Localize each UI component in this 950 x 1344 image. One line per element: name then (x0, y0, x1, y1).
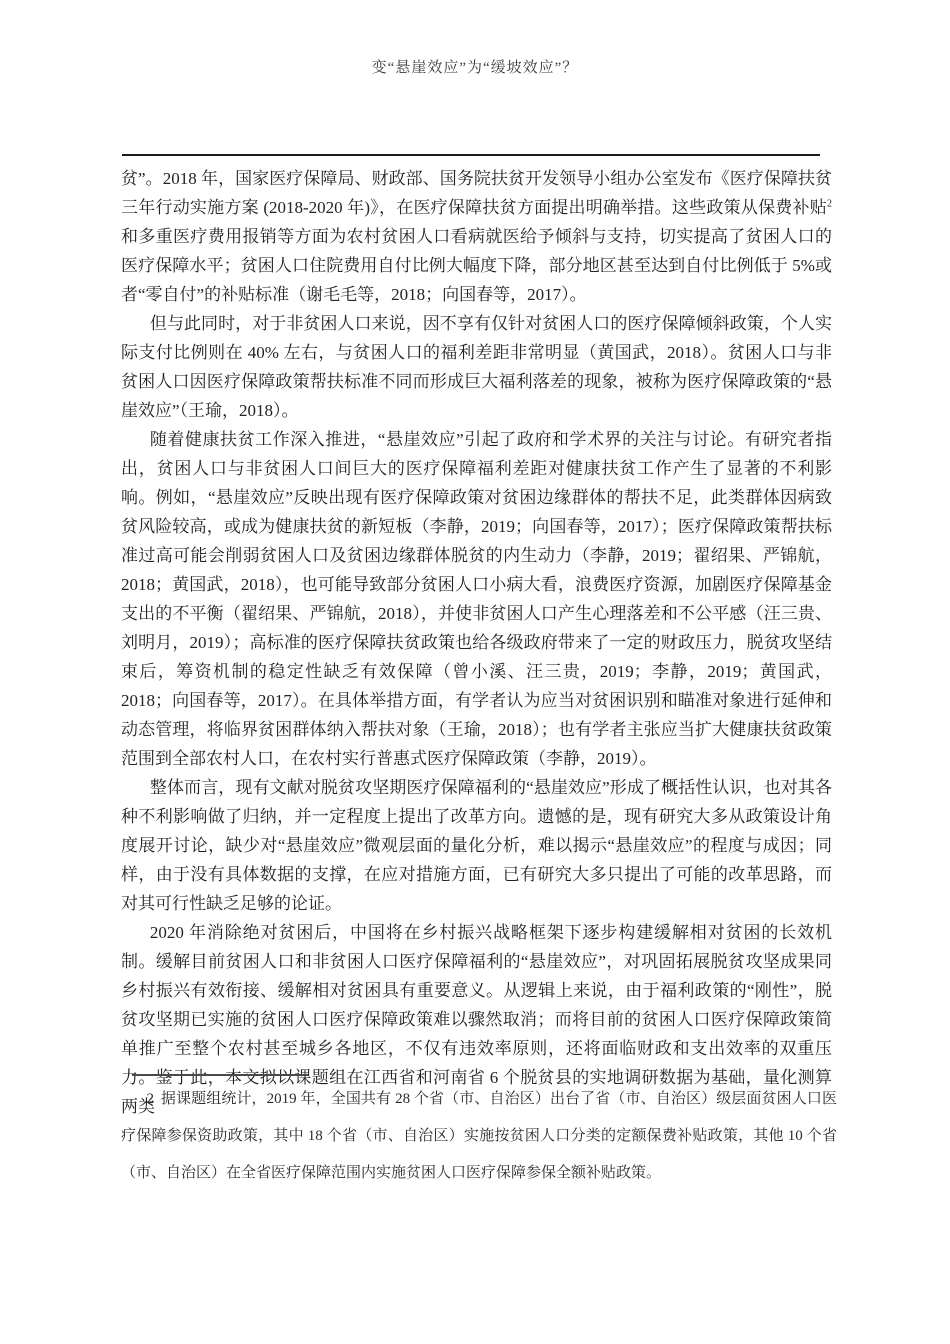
body-text: 贫”。2018 年，国家医疗保障局、财政部、国务院扶贫开发领导小组办公室发布《医… (121, 164, 832, 1121)
footnote-number: 2 (147, 1091, 155, 1107)
paragraph-3: 随着健康扶贫工作深入推进，“悬崖效应”引起了政府和学术界的关注与讨论。有研究者指… (121, 425, 832, 773)
footnote-reference-2: 2 (827, 198, 832, 209)
paragraph-2: 但与此同时，对于非贫困人口来说，因不享有仅针对贫困人口的医疗保障倾斜政策，个人实… (121, 309, 832, 425)
page-header-title: 变“悬崖效应”为“缓坡效应”？ (0, 56, 950, 77)
paragraph-1: 贫”。2018 年，国家医疗保障局、财政部、国务院扶贫开发领导小组办公室发布《医… (121, 164, 832, 309)
footnote-separator-rule (132, 1074, 308, 1076)
header-rule (122, 154, 820, 156)
footnote-text: 据课题组统计，2019 年，全国共有 28 个省（市、自治区）出台了省（市、自治… (121, 1091, 837, 1181)
paragraph-1-text: 贫”。2018 年，国家医疗保障局、财政部、国务院扶贫开发领导小组办公室发布《医… (121, 169, 832, 217)
footnote: 2据课题组统计，2019 年，全国共有 28 个省（市、自治区）出台了省（市、自… (121, 1081, 837, 1192)
paragraph-1-text-continued: 和多重医疗费用报销等方面为农村贫困人口看病就医给予倾斜与支持，切实提高了贫困人口… (121, 227, 832, 304)
paper-page: 变“悬崖效应”为“缓坡效应”？ 贫”。2018 年，国家医疗保障局、财政部、国务… (0, 0, 950, 1344)
paragraph-4: 整体而言，现有文献对脱贫攻坚期医疗保障福利的“悬崖效应”形成了概括性认识，也对其… (121, 773, 832, 918)
